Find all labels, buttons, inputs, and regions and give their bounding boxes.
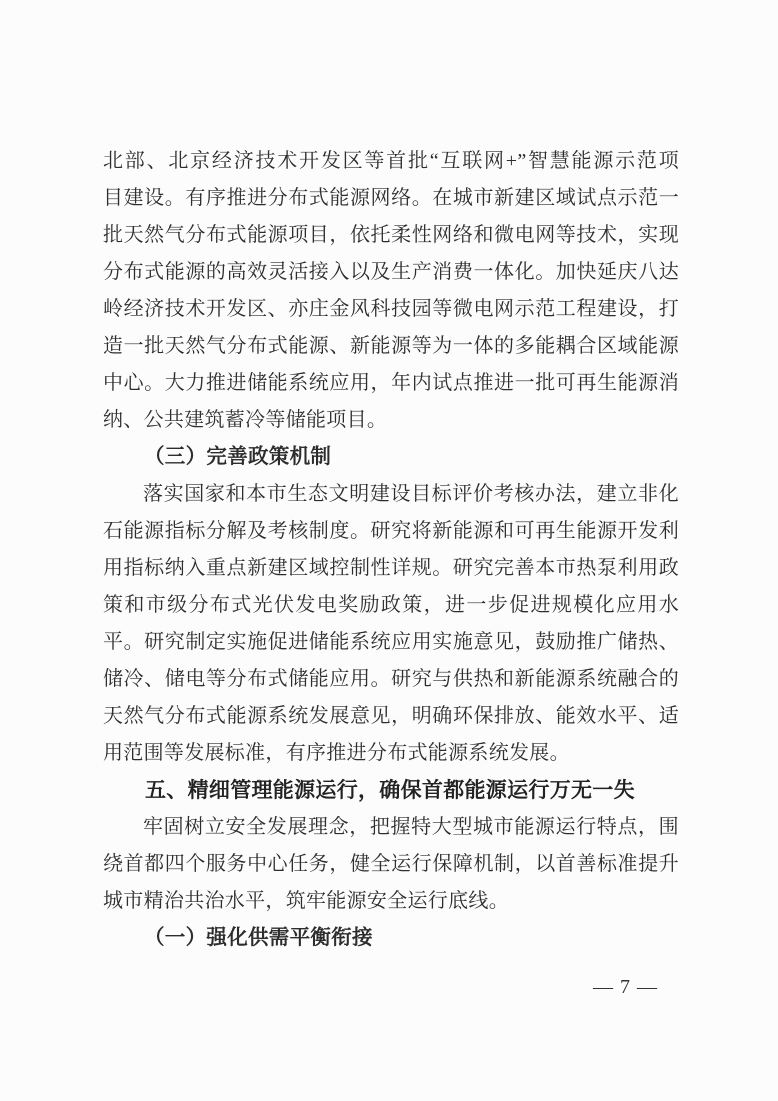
- text-line: 造一批天然气分布式能源、新能源等为一体的多能耦合区域能源: [103, 328, 679, 365]
- subsection-heading: （三）完善政策机制: [103, 439, 679, 476]
- text-line: 平。研究制定实施促进储能系统应用实施意见，鼓励推广储热、: [103, 624, 679, 661]
- text-line: 目建设。有序推进分布式能源网络。在城市新建区域试点示范一: [103, 180, 679, 217]
- section-heading: 五、精细管理能源运行，确保首都能源运行万无一失: [103, 772, 679, 809]
- text-line: 北部、北京经济技术开发区等首批“互联网+”智慧能源示范项: [103, 143, 679, 180]
- text-line: 策和市级分布式光伏发电奖励政策，进一步促进规模化应用水: [103, 587, 679, 624]
- document-page: 北部、北京经济技术开发区等首批“互联网+”智慧能源示范项目建设。有序推进分布式能…: [0, 0, 778, 1101]
- text-line: 储冷、储电等分布式储能应用。研究与供热和新能源系统融合的: [103, 661, 679, 698]
- text-line: 纳、公共建筑蓄冷等储能项目。: [103, 402, 679, 439]
- text-line: 绕首都四个服务中心任务，健全运行保障机制，以首善标准提升: [103, 846, 679, 883]
- text-line: 岭经济技术开发区、亦庄金风科技园等微电网示范工程建设，打: [103, 291, 679, 328]
- page-number: — 7 —: [593, 976, 658, 999]
- text-line: 牢固树立安全发展理念，把握特大型城市能源运行特点，围: [103, 809, 679, 846]
- text-line: 用范围等发展标准，有序推进分布式能源系统发展。: [103, 735, 679, 772]
- text-line: 中心。大力推进储能系统应用，年内试点推进一批可再生能源消: [103, 365, 679, 402]
- text-line: 天然气分布式能源系统发展意见，明确环保排放、能效水平、适: [103, 698, 679, 735]
- document-body: 北部、北京经济技术开发区等首批“互联网+”智慧能源示范项目建设。有序推进分布式能…: [103, 143, 679, 957]
- text-line: 批天然气分布式能源项目，依托柔性网络和微电网等技术，实现: [103, 217, 679, 254]
- text-line: 石能源指标分解及考核制度。研究将新能源和可再生能源开发利: [103, 513, 679, 550]
- text-line: 落实国家和本市生态文明建设目标评价考核办法，建立非化: [103, 476, 679, 513]
- subsection-heading: （一）强化供需平衡衔接: [103, 920, 679, 957]
- text-line: 分布式能源的高效灵活接入以及生产消费一体化。加快延庆八达: [103, 254, 679, 291]
- text-line: 城市精治共治水平，筑牢能源安全运行底线。: [103, 883, 679, 920]
- text-line: 用指标纳入重点新建区域控制性详规。研究完善本市热泵利用政: [103, 550, 679, 587]
